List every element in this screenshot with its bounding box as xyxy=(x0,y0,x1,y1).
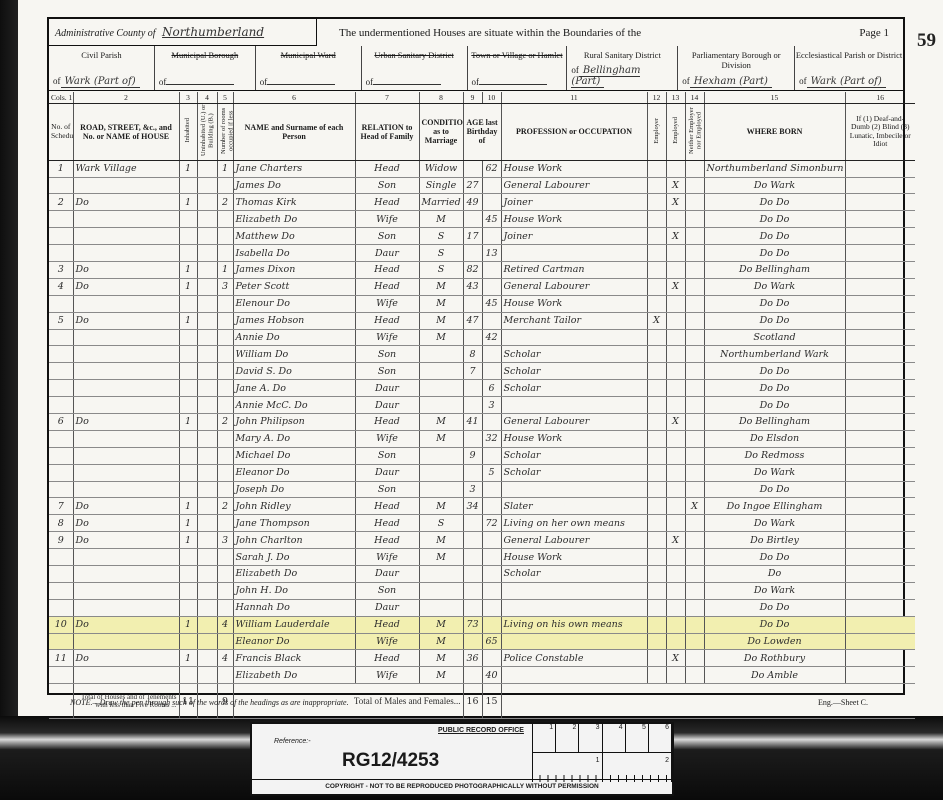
occupation: Scholar xyxy=(501,346,647,363)
occupation: General Labourer xyxy=(501,532,647,549)
male-age xyxy=(463,211,482,228)
inhabited-count xyxy=(179,211,197,228)
person-name: John Ridley xyxy=(233,498,355,515)
table-row: Isabella DoDaurS13Do Do xyxy=(49,245,915,262)
marital-condition: S xyxy=(419,261,463,278)
uninhabited xyxy=(197,582,217,599)
employed-mark xyxy=(666,481,685,498)
person-name: Isabella Do xyxy=(233,245,355,262)
occupation xyxy=(501,329,647,346)
schedule-number xyxy=(49,245,73,262)
admin-area-value: ofBellingham (Part) xyxy=(571,65,673,87)
employed-mark xyxy=(666,616,685,633)
rooms-count: 1 xyxy=(217,261,233,278)
table-row: 8Do1Jane ThompsonHeadS72Living on her ow… xyxy=(49,515,915,532)
employer-mark xyxy=(647,278,666,295)
person-name: James Hobson xyxy=(233,312,355,329)
house-address xyxy=(73,447,179,464)
female-age xyxy=(482,261,501,278)
neither-mark xyxy=(685,549,704,566)
infirmity xyxy=(845,397,915,414)
uninhabited xyxy=(197,498,217,515)
column-number: 14 xyxy=(685,92,704,104)
occupation: General Labourer xyxy=(501,413,647,430)
inhabited-count: 1 xyxy=(179,498,197,515)
page-label: Page 1 xyxy=(859,27,889,39)
rooms-count xyxy=(217,380,233,397)
marital-condition xyxy=(419,464,463,481)
marital-condition: M xyxy=(419,278,463,295)
admin-area-6: Parliamentary Borough or DivisionofHexha… xyxy=(678,46,795,90)
employer-mark xyxy=(647,481,666,498)
employer-mark xyxy=(647,160,666,177)
neither-mark xyxy=(685,464,704,481)
uninhabited xyxy=(197,549,217,566)
male-age: 73 xyxy=(463,616,482,633)
header-condition: CONDITION as to Marriage xyxy=(419,104,463,161)
neither-mark xyxy=(685,481,704,498)
house-address xyxy=(73,295,179,312)
inhabited-count xyxy=(179,667,197,684)
rooms-count xyxy=(217,363,233,380)
uninhabited xyxy=(197,481,217,498)
male-age: 49 xyxy=(463,194,482,211)
header-neither: Neither Employer nor Employed xyxy=(685,104,704,161)
neither-mark xyxy=(685,346,704,363)
house-address: Do xyxy=(73,312,179,329)
neither-mark xyxy=(685,363,704,380)
rooms-count xyxy=(217,346,233,363)
column-number: 6 xyxy=(233,92,355,104)
house-address: Do xyxy=(73,498,179,515)
schedule-number xyxy=(49,633,73,650)
uninhabited xyxy=(197,413,217,430)
female-age: 65 xyxy=(482,633,501,650)
reference-area: PUBLIC RECORD OFFICE Reference:- RG12/42… xyxy=(252,724,533,782)
admin-areas-row: Civil ParishofWark (Part of)Municipal Bo… xyxy=(49,46,903,91)
employed-mark xyxy=(666,312,685,329)
uninhabited xyxy=(197,380,217,397)
female-age: 72 xyxy=(482,515,501,532)
marital-condition xyxy=(419,599,463,616)
inhabited-count xyxy=(179,380,197,397)
inhabited-count: 1 xyxy=(179,278,197,295)
admin-area-value: ofWark (Part of) xyxy=(799,76,899,87)
neither-mark xyxy=(685,380,704,397)
relation: Son xyxy=(355,228,419,245)
neither-mark xyxy=(685,211,704,228)
male-age xyxy=(463,582,482,599)
header-employer: Employer xyxy=(647,104,666,161)
table-row: 4Do13Peter ScottHeadM43General LabourerX… xyxy=(49,278,915,295)
relation: Son xyxy=(355,346,419,363)
inhabited-count xyxy=(179,177,197,194)
female-age: 40 xyxy=(482,667,501,684)
admin-area-value: of xyxy=(366,76,463,87)
where-born: Do Do xyxy=(704,363,845,380)
column-number: 9 xyxy=(463,92,482,104)
column-number: 7 xyxy=(355,92,419,104)
table-row: 11Do14Francis BlackHeadM36Police Constab… xyxy=(49,650,915,667)
header-employed: Employed xyxy=(666,104,685,161)
cm-mark: 2 xyxy=(556,724,579,752)
admin-area-value: of xyxy=(260,76,357,87)
relation: Son xyxy=(355,363,419,380)
employed-mark: X xyxy=(666,194,685,211)
where-born: Do Wark xyxy=(704,464,845,481)
inhabited-count xyxy=(179,582,197,599)
rooms-count: 4 xyxy=(217,650,233,667)
schedule-number xyxy=(49,295,73,312)
infirmity xyxy=(845,599,915,616)
employer-mark xyxy=(647,633,666,650)
neither-mark xyxy=(685,312,704,329)
neither-mark xyxy=(685,413,704,430)
house-address: Do xyxy=(73,261,179,278)
rooms-count xyxy=(217,211,233,228)
neither-mark xyxy=(685,329,704,346)
occupation: House Work xyxy=(501,160,647,177)
where-born: Do Birtley xyxy=(704,532,845,549)
uninhabited xyxy=(197,667,217,684)
marital-condition: S xyxy=(419,228,463,245)
male-age: 7 xyxy=(463,363,482,380)
rooms-count: 3 xyxy=(217,532,233,549)
table-row: Michael DoSon9ScholarDo Redmoss xyxy=(49,447,915,464)
house-address xyxy=(73,363,179,380)
neither-mark xyxy=(685,160,704,177)
schedule-number xyxy=(49,667,73,684)
rooms-count xyxy=(217,599,233,616)
marital-condition: Married xyxy=(419,194,463,211)
totals-males: 16 xyxy=(463,684,482,719)
occupation: Joiner xyxy=(501,228,647,245)
infirmity xyxy=(845,177,915,194)
infirmity xyxy=(845,160,915,177)
marital-condition: Widow xyxy=(419,160,463,177)
inhabited-count xyxy=(179,447,197,464)
neither-mark xyxy=(685,397,704,414)
relation: Daur xyxy=(355,464,419,481)
male-age xyxy=(463,599,482,616)
rooms-count: 2 xyxy=(217,413,233,430)
rooms-count xyxy=(217,312,233,329)
female-age xyxy=(482,312,501,329)
admin-area-label: Municipal Borough xyxy=(155,50,255,60)
male-age xyxy=(463,295,482,312)
employer-mark xyxy=(647,667,666,684)
female-age xyxy=(482,278,501,295)
person-name: Francis Black xyxy=(233,650,355,667)
inhabited-count xyxy=(179,566,197,583)
schedule-number xyxy=(49,566,73,583)
relation: Head xyxy=(355,650,419,667)
employed-mark xyxy=(666,667,685,684)
neither-mark xyxy=(685,633,704,650)
cm-scale: 123456 xyxy=(533,724,672,753)
infirmity xyxy=(845,464,915,481)
female-age xyxy=(482,447,501,464)
neither-mark xyxy=(685,228,704,245)
table-row: William DoSon8ScholarNorthumberland Wark xyxy=(49,346,915,363)
person-name: Annie Do xyxy=(233,329,355,346)
where-born: Do Do xyxy=(704,616,845,633)
inhabited-count xyxy=(179,228,197,245)
house-address: Do xyxy=(73,413,179,430)
neither-mark xyxy=(685,667,704,684)
employed-mark xyxy=(666,346,685,363)
person-name: James Dixon xyxy=(233,261,355,278)
marital-condition: M xyxy=(419,498,463,515)
uninhabited xyxy=(197,430,217,447)
person-name: William Do xyxy=(233,346,355,363)
column-number: 11 xyxy=(501,92,647,104)
inhabited-count: 1 xyxy=(179,312,197,329)
occupation xyxy=(501,599,647,616)
cm-mark: 4 xyxy=(603,724,626,752)
where-born: Do Amble xyxy=(704,667,845,684)
copyright-notice: COPYRIGHT - NOT TO BE REPRODUCED PHOTOGR… xyxy=(252,779,672,794)
admin-area-5: Rural Sanitary DistrictofBellingham (Par… xyxy=(567,46,678,90)
where-born: Northumberland Simonburn xyxy=(704,160,845,177)
schedule-number: 1 xyxy=(49,160,73,177)
inhabited-count: 1 xyxy=(179,515,197,532)
house-address xyxy=(73,599,179,616)
table-row: Elizabeth DoWifeM45House WorkDo Do xyxy=(49,211,915,228)
footer-note: NOTE.—Draw the pen through such of the w… xyxy=(70,698,349,707)
column-number: 13 xyxy=(666,92,685,104)
rooms-count: 4 xyxy=(217,616,233,633)
infirmity xyxy=(845,278,915,295)
person-name: Matthew Do xyxy=(233,228,355,245)
inhabited-count xyxy=(179,346,197,363)
uninhabited xyxy=(197,532,217,549)
uninhabited xyxy=(197,515,217,532)
table-row: Joseph DoSon3Do Do xyxy=(49,481,915,498)
column-number: 15 xyxy=(704,92,845,104)
uninhabited xyxy=(197,464,217,481)
infirmity xyxy=(845,481,915,498)
neither-mark xyxy=(685,295,704,312)
employer-mark xyxy=(647,582,666,599)
where-born: Do Do xyxy=(704,194,845,211)
infirmity xyxy=(845,650,915,667)
where-born: Do Redmoss xyxy=(704,447,845,464)
uninhabited xyxy=(197,211,217,228)
employer-mark xyxy=(647,329,666,346)
census-table: Cols. 12345678910111213141516 No. of Sch… xyxy=(49,92,915,719)
schedule-number xyxy=(49,599,73,616)
neither-mark xyxy=(685,278,704,295)
relation: Son xyxy=(355,177,419,194)
schedule-number xyxy=(49,363,73,380)
column-number: 16 xyxy=(845,92,915,104)
neither-mark xyxy=(685,194,704,211)
marital-condition xyxy=(419,346,463,363)
rooms-count xyxy=(217,245,233,262)
employer-mark xyxy=(647,228,666,245)
relation: Son xyxy=(355,481,419,498)
employer-mark: X xyxy=(647,312,666,329)
house-address xyxy=(73,566,179,583)
neither-mark: X xyxy=(685,498,704,515)
employer-mark xyxy=(647,430,666,447)
employed-mark: X xyxy=(666,413,685,430)
house-address xyxy=(73,582,179,599)
employer-mark xyxy=(647,515,666,532)
occupation: House Work xyxy=(501,549,647,566)
schedule-number: 6 xyxy=(49,413,73,430)
employed-mark xyxy=(666,329,685,346)
employer-mark xyxy=(647,650,666,667)
employed-mark: X xyxy=(666,177,685,194)
relation: Head xyxy=(355,413,419,430)
schedule-number: 8 xyxy=(49,515,73,532)
rooms-count xyxy=(217,329,233,346)
house-address xyxy=(73,397,179,414)
inch-scale: 12 xyxy=(533,753,672,782)
infirmity xyxy=(845,380,915,397)
neither-mark xyxy=(685,177,704,194)
person-name: Elizabeth Do xyxy=(233,566,355,583)
male-age: 36 xyxy=(463,650,482,667)
rooms-count xyxy=(217,295,233,312)
relation: Daur xyxy=(355,245,419,262)
table-row: Matthew DoSonS17JoinerXDo Do xyxy=(49,228,915,245)
marital-condition: S xyxy=(419,515,463,532)
marital-condition xyxy=(419,363,463,380)
inhabited-count xyxy=(179,633,197,650)
occupation: House Work xyxy=(501,295,647,312)
employed-mark xyxy=(666,633,685,650)
occupation: General Labourer xyxy=(501,177,647,194)
employed-mark xyxy=(666,397,685,414)
employed-mark xyxy=(666,582,685,599)
female-age xyxy=(482,599,501,616)
table-row: Jane A. DoDaur6ScholarDo Do xyxy=(49,380,915,397)
house-address xyxy=(73,380,179,397)
uninhabited xyxy=(197,295,217,312)
rooms-count xyxy=(217,430,233,447)
inhabited-count xyxy=(179,363,197,380)
where-born: Do Do xyxy=(704,295,845,312)
infirmity xyxy=(845,447,915,464)
employer-mark xyxy=(647,397,666,414)
schedule-number xyxy=(49,329,73,346)
employed-mark: X xyxy=(666,278,685,295)
uninhabited xyxy=(197,329,217,346)
occupation xyxy=(501,667,647,684)
occupation xyxy=(501,245,647,262)
occupation xyxy=(501,633,647,650)
relation: Head xyxy=(355,532,419,549)
table-row: 1Wark Village11Jane ChartersHeadWidow62H… xyxy=(49,160,915,177)
marital-condition xyxy=(419,447,463,464)
table-row: Eleanor DoWifeM65Do Lowden xyxy=(49,633,915,650)
employer-mark xyxy=(647,177,666,194)
schedule-number xyxy=(49,447,73,464)
table-row: Annie McC. DoDaur3Do Do xyxy=(49,397,915,414)
uninhabited xyxy=(197,633,217,650)
employer-mark xyxy=(647,447,666,464)
female-age xyxy=(482,413,501,430)
admin-area-0: Civil ParishofWark (Part of) xyxy=(49,46,155,90)
inhabited-count xyxy=(179,549,197,566)
header-where-born: WHERE BORN xyxy=(704,104,845,161)
male-age xyxy=(463,633,482,650)
person-name: James Do xyxy=(233,177,355,194)
marital-condition: M xyxy=(419,633,463,650)
person-name: Elizabeth Do xyxy=(233,667,355,684)
where-born: Do Do xyxy=(704,481,845,498)
female-age xyxy=(482,481,501,498)
male-age: 3 xyxy=(463,481,482,498)
rooms-count xyxy=(217,582,233,599)
occupation: Scholar xyxy=(501,363,647,380)
occupation: Retired Cartman xyxy=(501,261,647,278)
uninhabited xyxy=(197,194,217,211)
employed-mark xyxy=(666,566,685,583)
female-age: 32 xyxy=(482,430,501,447)
employer-mark xyxy=(647,498,666,515)
infirmity xyxy=(845,566,915,583)
house-address xyxy=(73,329,179,346)
occupation xyxy=(501,481,647,498)
house-address: Do xyxy=(73,616,179,633)
rooms-count xyxy=(217,481,233,498)
employer-mark xyxy=(647,464,666,481)
occupation: Living on her own means xyxy=(501,515,647,532)
infirmity xyxy=(845,211,915,228)
table-row: 9Do13John CharltonHeadMGeneral LabourerX… xyxy=(49,532,915,549)
where-born: Do Rothbury xyxy=(704,650,845,667)
marital-condition: M xyxy=(419,430,463,447)
admin-area-label: Parliamentary Borough or Division xyxy=(678,50,794,70)
column-headers-row: No. of Schedule ROAD, STREET, &c., and N… xyxy=(49,104,915,161)
inhabited-count xyxy=(179,245,197,262)
person-name: John H. Do xyxy=(233,582,355,599)
uninhabited xyxy=(197,177,217,194)
column-number: 3 xyxy=(179,92,197,104)
employer-mark xyxy=(647,566,666,583)
employed-mark xyxy=(666,211,685,228)
relation: Head xyxy=(355,515,419,532)
uninhabited xyxy=(197,160,217,177)
marital-condition: S xyxy=(419,245,463,262)
employed-mark xyxy=(666,380,685,397)
admin-area-2: Municipal Wardof xyxy=(256,46,362,90)
house-address: Do xyxy=(73,278,179,295)
male-age: 9 xyxy=(463,447,482,464)
female-age: 62 xyxy=(482,160,501,177)
neither-mark xyxy=(685,616,704,633)
totals-females: 15 xyxy=(482,684,501,719)
employer-mark xyxy=(647,346,666,363)
employer-mark xyxy=(647,532,666,549)
table-row: 7Do12John RidleyHeadM34SlaterXDo Ingoe E… xyxy=(49,498,915,515)
admin-area-label: Town or Village or Hamlet xyxy=(468,50,567,60)
neither-mark xyxy=(685,532,704,549)
person-name: William Lauderdale xyxy=(233,616,355,633)
house-address xyxy=(73,549,179,566)
infirmity xyxy=(845,295,915,312)
neither-mark xyxy=(685,650,704,667)
infirmity xyxy=(845,515,915,532)
where-born: Do Do xyxy=(704,228,845,245)
female-age: 13 xyxy=(482,245,501,262)
cm-mark: 3 xyxy=(579,724,602,752)
person-name: Elizabeth Do xyxy=(233,211,355,228)
